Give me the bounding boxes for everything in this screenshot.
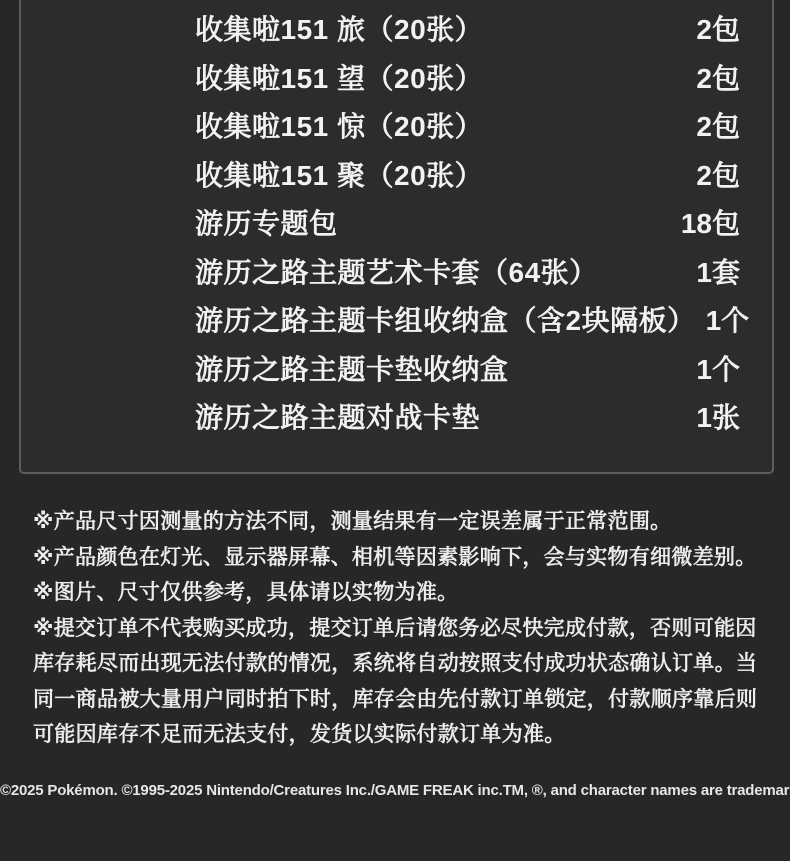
product-quantity: 1个 bbox=[696, 348, 740, 388]
disclaimer-order-note: ※提交订单不代表购买成功，提交订单后请您务必尽快完成付款，否则可能因库存耗尽而出… bbox=[33, 611, 765, 753]
product-name: 游历之路主题卡组收纳盒（含2块隔板） bbox=[195, 299, 696, 339]
product-name: 收集啦151 旅（20张） bbox=[195, 8, 483, 48]
product-quantity: 1张 bbox=[696, 396, 740, 436]
product-quantity: 2包 bbox=[696, 105, 740, 145]
product-row: 收集啦151 惊（20张） 2包 bbox=[195, 101, 740, 150]
product-name: 游历之路主题对战卡垫 bbox=[195, 396, 480, 436]
disclaimer-color-note: ※产品颜色在灯光、显示器屏幕、相机等因素影响下，会与实物有细微差别。 bbox=[33, 540, 765, 576]
product-row: 游历之路主题卡组收纳盒（含2块隔板） 1个 bbox=[195, 295, 740, 344]
product-name: 游历之路主题艺术卡套（64张） bbox=[195, 251, 598, 291]
disclaimer-reference-note: ※图片、尺寸仅供参考，具体请以实物为准。 bbox=[33, 575, 765, 611]
product-quantity: 18包 bbox=[681, 202, 740, 242]
copyright-text: ©2025 Pokémon. ©1995-2025 Nintendo/Creat… bbox=[0, 782, 790, 799]
product-row: 游历专题包 18包 bbox=[195, 198, 740, 247]
product-contents-panel: 收集啦151 旅（20张） 2包 收集啦151 望（20张） 2包 收集啦151… bbox=[19, 0, 774, 474]
product-quantity: 2包 bbox=[696, 154, 740, 194]
product-row: 游历之路主题艺术卡套（64张） 1套 bbox=[195, 247, 740, 296]
disclaimer-section: ※产品尺寸因测量的方法不同，测量结果有一定误差属于正常范围。 ※产品颜色在灯光、… bbox=[33, 504, 765, 753]
product-quantity: 1套 bbox=[696, 251, 740, 291]
product-name: 游历之路主题卡垫收纳盒 bbox=[195, 348, 509, 388]
product-quantity: 2包 bbox=[696, 8, 740, 48]
product-quantity: 2包 bbox=[696, 57, 740, 97]
product-name: 收集啦151 望（20张） bbox=[195, 57, 483, 97]
product-name: 收集啦151 惊（20张） bbox=[195, 105, 483, 145]
product-row: 收集啦151 聚（20张） 2包 bbox=[195, 150, 740, 199]
product-name: 收集啦151 聚（20张） bbox=[195, 154, 483, 194]
product-row: 游历之路主题卡垫收纳盒 1个 bbox=[195, 344, 740, 393]
product-row: 收集啦151 旅（20张） 2包 bbox=[195, 4, 740, 53]
product-row: 收集啦151 望（20张） 2包 bbox=[195, 53, 740, 102]
product-name: 游历专题包 bbox=[195, 202, 338, 242]
disclaimer-size-note: ※产品尺寸因测量的方法不同，测量结果有一定误差属于正常范围。 bbox=[33, 504, 765, 540]
product-quantity: 1个 bbox=[706, 299, 750, 339]
product-row: 游历之路主题对战卡垫 1张 bbox=[195, 392, 740, 441]
